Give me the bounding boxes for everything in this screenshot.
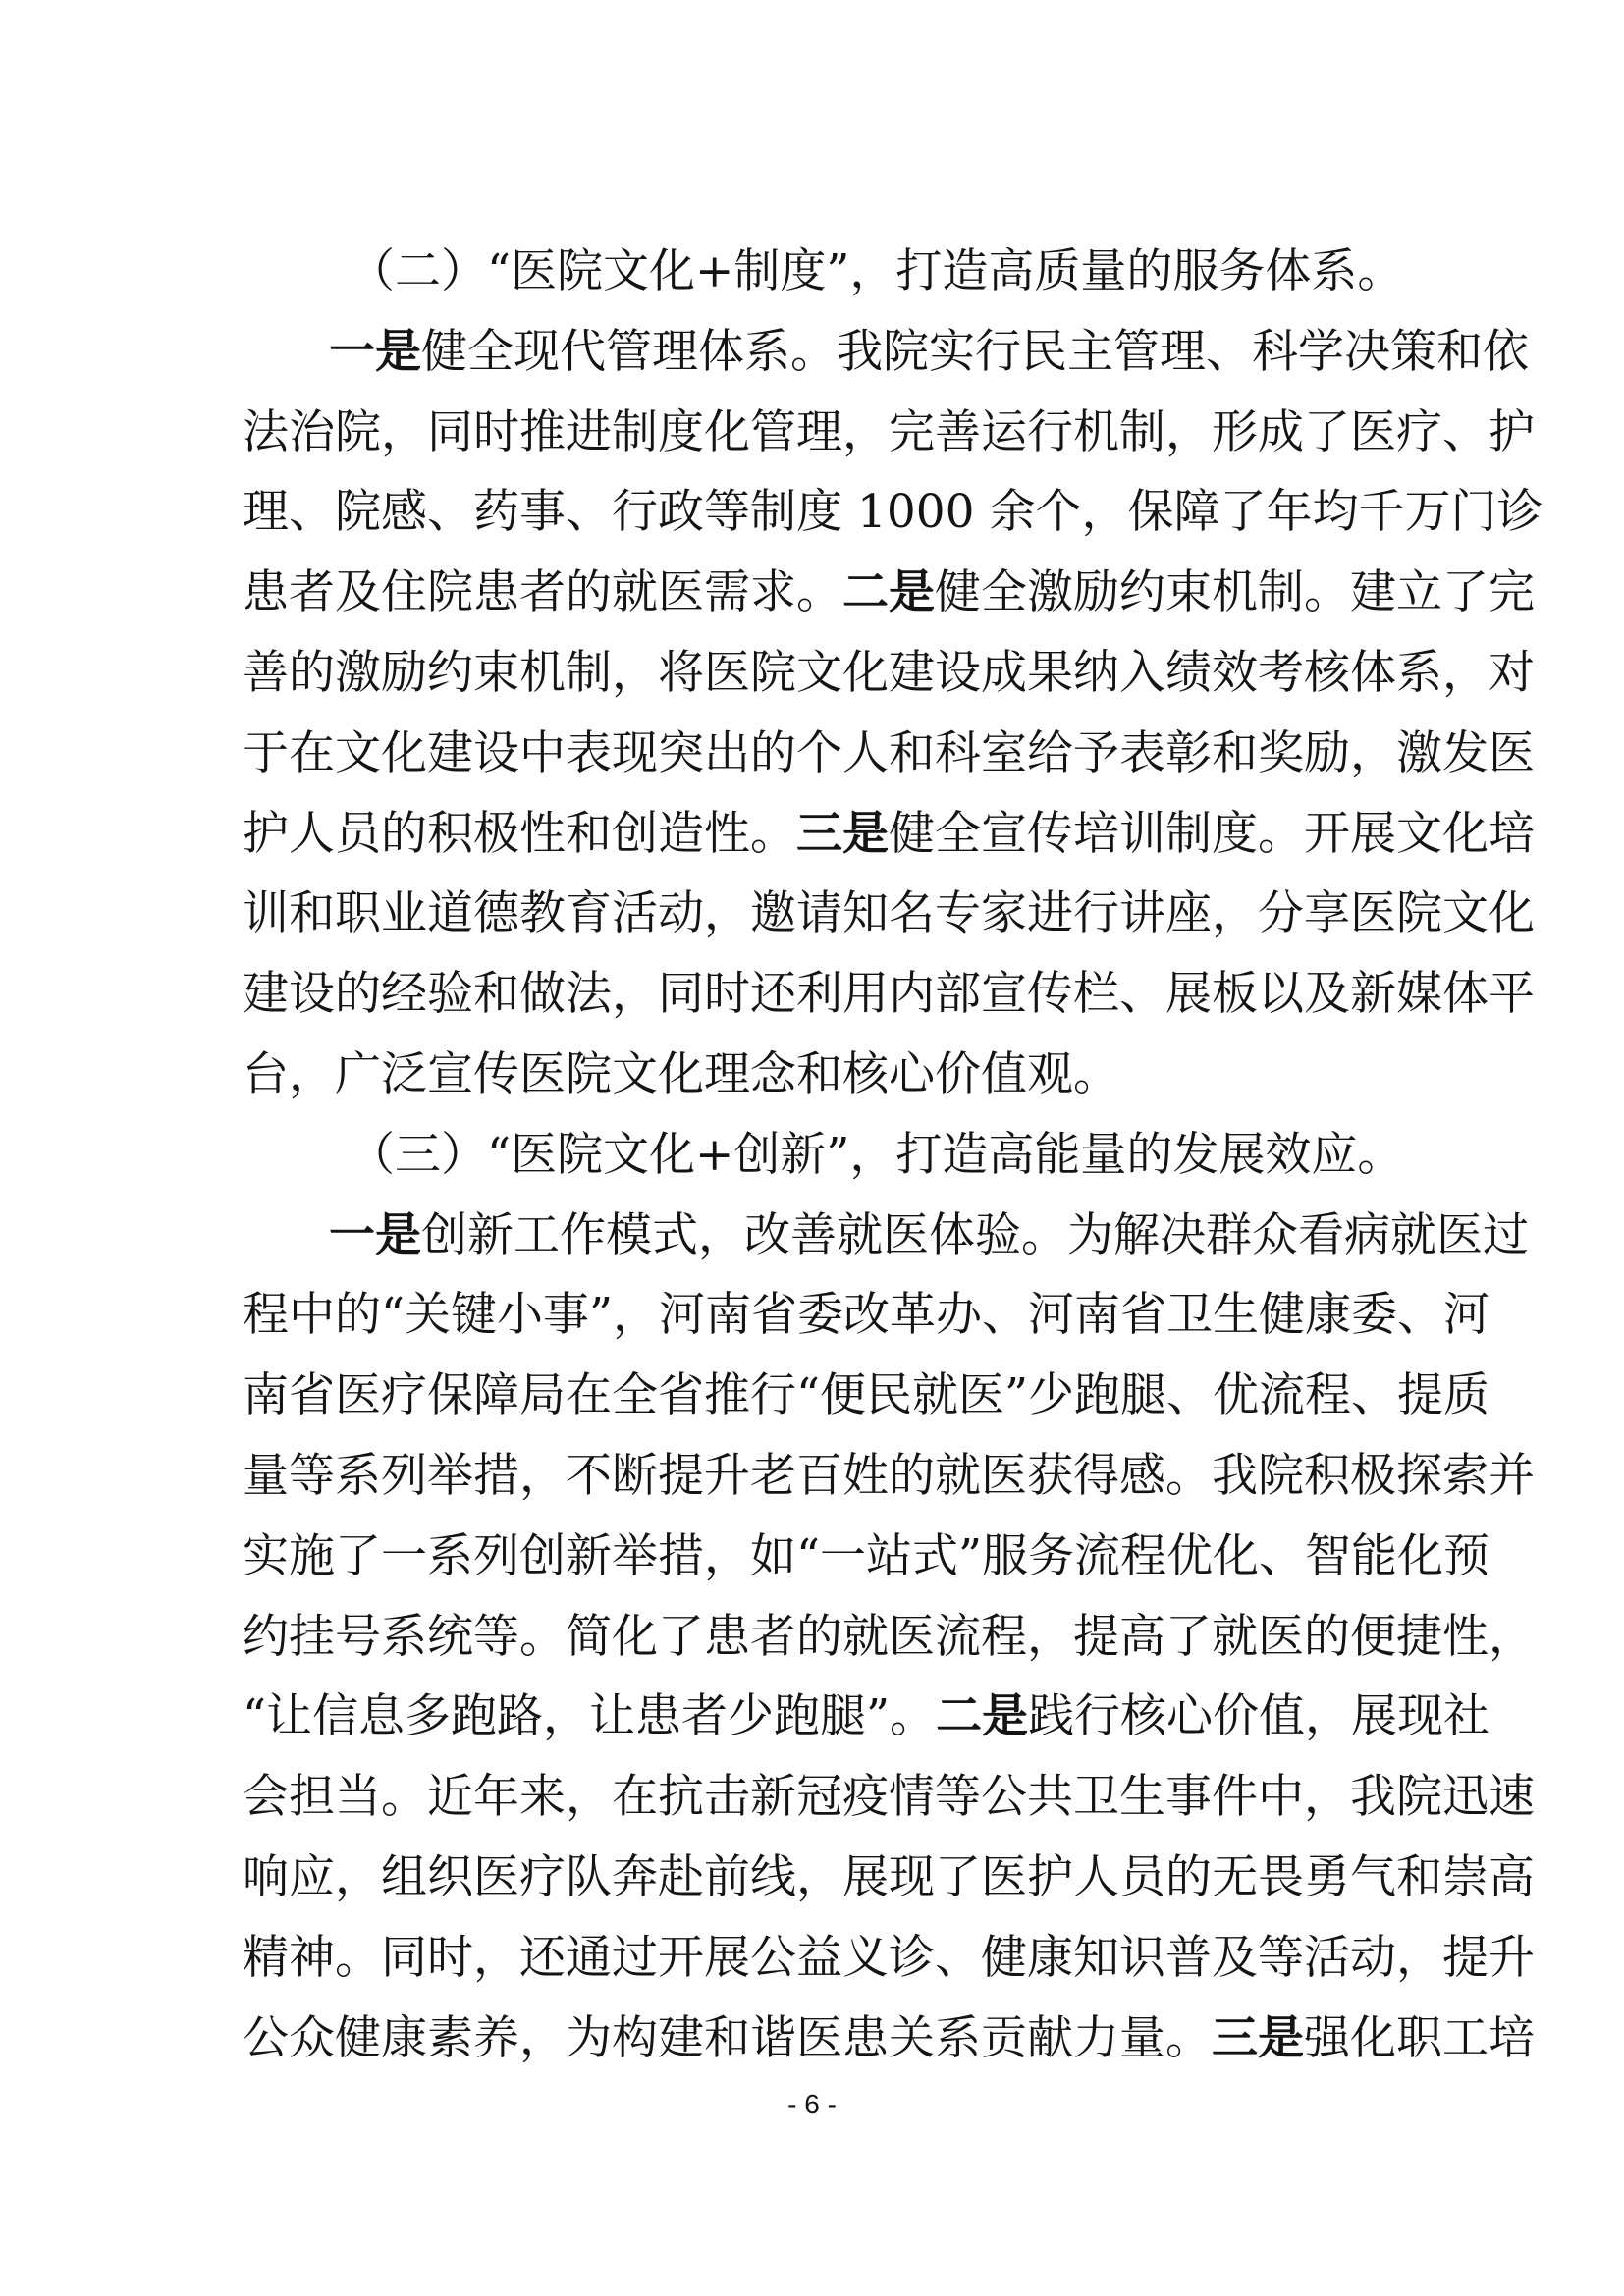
line-text: 患者及住院患者的就医需求。 xyxy=(243,565,842,619)
line-text: 践行核心价值，展现社 xyxy=(1028,1689,1489,1743)
bold-lead-phrase: 一是 xyxy=(329,1208,421,1262)
paragraph-line: 南省医疗保障局在全省推行“便民就医”少跑腿、优流程、提质 xyxy=(243,1356,1409,1436)
paragraph-line: “让信息多跑路，让患者少跑腿”。二是践行核心价值，展现社 xyxy=(243,1677,1409,1757)
line-text: 公众健康素养，为构建和谐医患关系贡献力量。 xyxy=(243,2011,1212,2065)
paragraph-line: 精神。同时，还通过开展公益义诊、健康知识普及等活动，提升 xyxy=(243,1918,1409,1999)
line-text: 健全宣传培训制度。开展文化培 xyxy=(889,807,1535,861)
paragraph-line: 训和职业道德教育活动，邀请知名专家进行讲座，分享医院文化 xyxy=(243,874,1409,954)
paragraph-line: 公众健康素养，为构建和谐医患关系贡献力量。三是强化职工培 xyxy=(243,1999,1409,2079)
paragraph-line: 响应，组织医疗队奔赴前线，展现了医护人员的无畏勇气和崇高 xyxy=(243,1838,1409,1918)
line-text: 会担当。近年来，在抗击新冠疫情等公共卫生事件中，我院迅速 xyxy=(243,1770,1535,1824)
line-text: 法治院，同时推进制度化管理，完善运行机制，形成了医疗、护 xyxy=(243,405,1535,459)
line-text: 实施了一系列创新举措，如“一站式”服务流程优化、智能化预 xyxy=(243,1529,1489,1583)
paragraph-line: 一是健全现代管理体系。我院实行民主管理、科学决策和依 xyxy=(243,312,1409,393)
paragraph-line: 台，广泛宣传医院文化理念和核心价值观。 xyxy=(243,1035,1409,1115)
paragraph-line: 程中的“关键小事”，河南省委改革办、河南省卫生健康委、河 xyxy=(243,1275,1409,1356)
bold-lead-phrase: 二是 xyxy=(842,565,935,619)
paragraph-line: 法治院，同时推进制度化管理，完善运行机制，形成了医疗、护 xyxy=(243,393,1409,473)
line-text: 善的激励约束机制，将医院文化建设成果纳入绩效考核体系，对 xyxy=(243,646,1535,700)
line-text: 南省医疗保障局在全省推行“便民就医”少跑腿、优流程、提质 xyxy=(243,1368,1489,1422)
section-heading: （二）“医院文化+制度”，打造高质量的服务体系。 xyxy=(243,232,1409,312)
line-text: 健全激励约束机制。建立了完 xyxy=(935,565,1535,619)
line-text: 于在文化建设中表现突出的个人和科室给予表彰和奖励，激发医 xyxy=(243,726,1535,780)
line-text: （三）“医院文化+创新”，打造高能量的发展效应。 xyxy=(349,1128,1403,1182)
paragraph-line: 善的激励约束机制，将医院文化建设成果纳入绩效考核体系，对 xyxy=(243,633,1409,714)
line-text: 强化职工培 xyxy=(1304,2011,1535,2065)
line-text: （二）“医院文化+制度”，打造高质量的服务体系。 xyxy=(349,244,1403,298)
line-text: 约挂号系统等。简化了患者的就医流程，提高了就医的便捷性， xyxy=(243,1610,1535,1664)
page-number: - 6 - xyxy=(0,2089,1624,2120)
paragraph-line: 于在文化建设中表现突出的个人和科室给予表彰和奖励，激发医 xyxy=(243,714,1409,794)
bold-lead-phrase: 三是 xyxy=(796,807,889,861)
paragraph-line: 建设的经验和做法，同时还利用内部宣传栏、展板以及新媒体平 xyxy=(243,954,1409,1035)
line-text: 建设的经验和做法，同时还利用内部宣传栏、展板以及新媒体平 xyxy=(243,967,1535,1021)
paragraph-line: 约挂号系统等。简化了患者的就医流程，提高了就医的便捷性， xyxy=(243,1597,1409,1678)
document-page: （二）“医院文化+制度”，打造高质量的服务体系。一是健全现代管理体系。我院实行民… xyxy=(0,0,1624,2296)
line-text: 理、院感、药事、行政等制度 1000 余个，保障了年均千万门诊 xyxy=(243,485,1543,539)
paragraph-line: 患者及住院患者的就医需求。二是健全激励约束机制。建立了完 xyxy=(243,553,1409,633)
line-text: 护人员的积极性和创造性。 xyxy=(243,807,796,861)
line-text: 训和职业道德教育活动，邀请知名专家进行讲座，分享医院文化 xyxy=(243,886,1535,940)
section-heading: （三）“医院文化+创新”，打造高能量的发展效应。 xyxy=(243,1115,1409,1196)
line-text: “让信息多跑路，让患者少跑腿”。 xyxy=(243,1689,936,1743)
paragraph-line: 会担当。近年来，在抗击新冠疫情等公共卫生事件中，我院迅速 xyxy=(243,1757,1409,1838)
paragraph-line: 实施了一系列创新举措，如“一站式”服务流程优化、智能化预 xyxy=(243,1517,1409,1597)
line-text: 健全现代管理体系。我院实行民主管理、科学决策和依 xyxy=(421,325,1529,379)
line-text: 台，广泛宣传医院文化理念和核心价值观。 xyxy=(243,1047,1119,1101)
document-body: （二）“医院文化+制度”，打造高质量的服务体系。一是健全现代管理体系。我院实行民… xyxy=(243,232,1409,2078)
paragraph-line: 护人员的积极性和创造性。三是健全宣传培训制度。开展文化培 xyxy=(243,794,1409,875)
bold-lead-phrase: 三是 xyxy=(1212,2011,1304,2065)
bold-lead-phrase: 一是 xyxy=(329,325,421,379)
paragraph-line: 量等系列举措，不断提升老百姓的就医获得感。我院积极探索并 xyxy=(243,1436,1409,1517)
line-text: 创新工作模式，改善就医体验。为解决群众看病就医过 xyxy=(421,1208,1529,1262)
bold-lead-phrase: 二是 xyxy=(936,1689,1028,1743)
paragraph-line: 一是创新工作模式，改善就医体验。为解决群众看病就医过 xyxy=(243,1196,1409,1276)
paragraph-line: 理、院感、药事、行政等制度 1000 余个，保障了年均千万门诊 xyxy=(243,472,1409,553)
line-text: 量等系列举措，不断提升老百姓的就医获得感。我院积极探索并 xyxy=(243,1449,1535,1503)
line-text: 响应，组织医疗队奔赴前线，展现了医护人员的无畏勇气和崇高 xyxy=(243,1850,1535,1904)
line-text: 程中的“关键小事”，河南省委改革办、河南省卫生健康委、河 xyxy=(243,1288,1489,1342)
line-text: 精神。同时，还通过开展公益义诊、健康知识普及等活动，提升 xyxy=(243,1931,1535,1985)
